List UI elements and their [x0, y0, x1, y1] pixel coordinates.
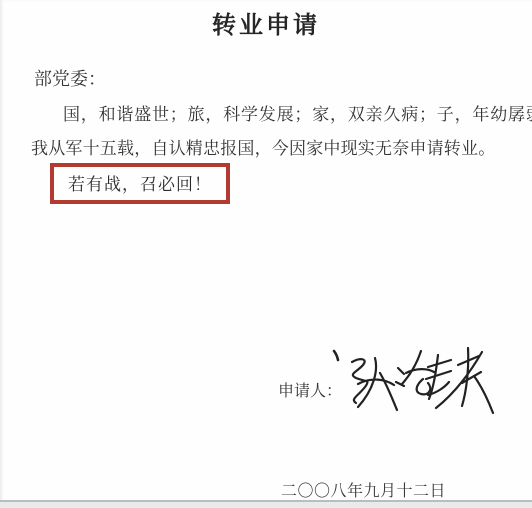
scan-left-edge-shadow: [0, 0, 3, 508]
handwritten-signature: [322, 338, 500, 418]
scan-bottom-edge: [0, 500, 532, 508]
body-paragraph-line-2: 我从军十五载，自认精忠报国，今因家中现实无奈申请转业。: [31, 134, 495, 159]
scanned-application-letter: 转业申请 部党委： 国，和谐盛世；旅，科学发展；家，双亲久病；子，年幼孱弱。 我…: [0, 0, 532, 508]
document-date: 二〇〇八年九月十二日: [281, 478, 446, 501]
document-title: 转业申请: [0, 5, 532, 40]
highlighted-sentence: 若有战，召必回！: [68, 175, 212, 194]
red-annotation-box: 若有战，召必回！: [50, 163, 230, 204]
salutation-line: 部党委：: [34, 65, 106, 91]
body-paragraph-line-1: 国，和谐盛世；旅，科学发展；家，双亲久病；子，年幼孱弱。: [63, 100, 532, 125]
